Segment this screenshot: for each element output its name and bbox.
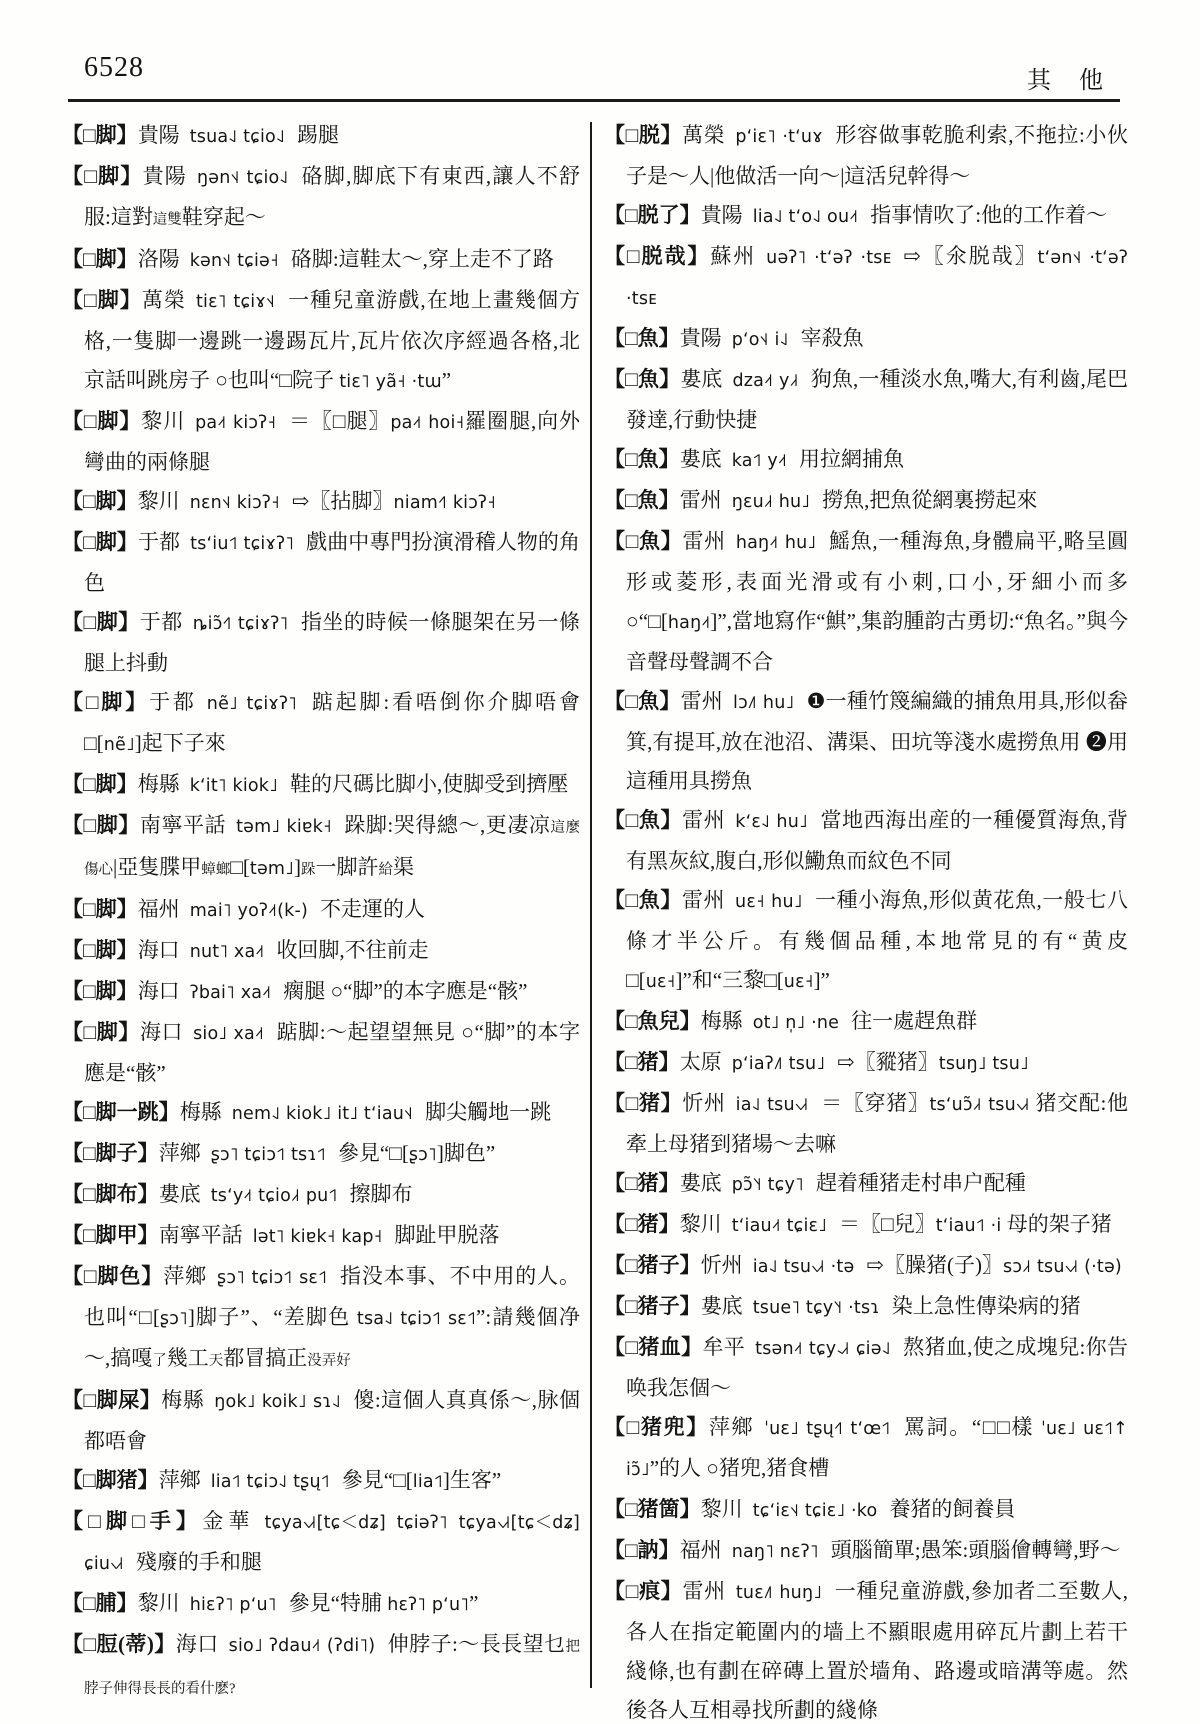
entry-small-gloss: 天 [209, 1353, 224, 1369]
entry-place-label: 黎川 [701, 1497, 743, 1521]
entry-headword: 【□脚猪】 [62, 1468, 159, 1492]
dictionary-entry: 【□脚】海口ʔbai˥ xa˨˦瘸腿 ○“脚”的本字應是“骸” [62, 972, 580, 1013]
entry-pronunciation: tsua˨˩ tɕio˨˩ [190, 127, 285, 147]
entry-headword: 【□脰(蒂)】 [62, 1632, 176, 1656]
entry-definition-text: ]脚色” [437, 1141, 495, 1165]
entry-headword: 【□脚□手】 [62, 1509, 202, 1533]
entry-headword: 【□魚】 [604, 488, 680, 512]
entry-definition-text: 母的架子猪 [1001, 1212, 1111, 1236]
entry-place-label: 太原 [680, 1050, 722, 1074]
dictionary-entry: 【□魚】雷州haŋ˨˦ hu˩鰩魚,一種海魚,身體扁平,略呈圓形或菱形,表面光滑… [604, 522, 1128, 682]
entry-definition-text: 脚尖觸地一跳 [425, 1100, 551, 1124]
entry-headword: 【□脚色】 [62, 1264, 163, 1288]
entry-definition-text: 撈魚,把魚從網裏撈起來 [822, 488, 1037, 512]
inline-pronunciation: ʂɔ˥ [160, 1309, 188, 1329]
entry-pronunciation: haŋ˨˦ hu˩ [736, 533, 816, 553]
entry-place-label: 萍鄉 [159, 1468, 201, 1492]
entry-definition-text: □[ [230, 855, 250, 879]
entry-place-label: 雷州 [682, 888, 725, 912]
entry-headword: 【□脚】 [62, 123, 138, 147]
entry-definition-text: 幾工 [167, 1346, 209, 1370]
entry-pronunciation: tʻiau˨˦ tɕiɛ˩ [732, 1216, 827, 1236]
inline-pronunciation: tʻiau˦˥ ·i [936, 1216, 1002, 1236]
entry-headword: 【□猪】 [604, 1050, 680, 1074]
dictionary-entry: 【□魚】雷州lɔ˩˥ hu˩❶一種竹篾編織的捕魚用具,形似畚箕,有提耳,放在池沼… [604, 682, 1128, 801]
entry-definition-text: |亞隻䐑甲 [113, 855, 201, 879]
entry-definition-text: 參見“□[ [338, 1141, 409, 1165]
dictionary-entry: 【□脚猪】萍鄉lia˦˥ tɕiɔ˨˩ tʂų˦˥參見“□[lia˦˥]生客” [62, 1461, 580, 1502]
dictionary-entry: 【□脚】貴陽tsua˨˩ tɕio˨˩踢腿 [62, 116, 580, 157]
entry-definition-text: ⇨〖豵猪〗 [837, 1050, 939, 1074]
entry-headword: 【□脚】 [62, 979, 138, 1003]
entry-headword: 【□魚兒】 [604, 1009, 701, 1033]
entry-place-label: 于都 [140, 610, 183, 634]
entry-place-label: 貴陽 [680, 326, 722, 350]
dictionary-entry: 【□猪血】牟平tsən˨˦ tɕy˨˩˧ ɕiə˨˩熬猪血,使之成塊兒:你告唤我… [604, 1328, 1128, 1408]
entry-pronunciation: kən˦˨ tɕiə˧ [190, 251, 279, 271]
entry-definition-text: ＝〖□腿〗 [288, 409, 390, 433]
entry-definition-text: ＝〖穿猪〗 [821, 1091, 930, 1115]
entry-definition-text: 參見“特脯 [289, 1591, 388, 1615]
entry-pronunciation: sio˩ ʔdau˨˦ (ʔdi˥) [229, 1636, 376, 1656]
column-divider-rule [590, 122, 592, 1688]
entry-place-label: 婁底 [680, 1171, 722, 1195]
inline-pronunciation: hɛʔ˥ pʻu˥ [387, 1595, 469, 1615]
entry-place-label: 雷州 [682, 529, 725, 553]
entry-headword: 【□脚】 [62, 247, 138, 271]
entry-pronunciation: ȵiɔ̃˧˥ tɕiɤʔ˥ [193, 614, 289, 634]
entry-place-label: 萬榮 [142, 288, 186, 312]
entry-pronunciation: ʂɔ˥ tɕiɔ˦˥ tsɿ˦˥ [211, 1145, 326, 1165]
section-title: 其 他 [1027, 60, 1105, 95]
entry-definition-text: 擦脚布 [349, 1182, 412, 1206]
entry-place-label: 牟平 [702, 1335, 745, 1359]
dictionary-entry: 【□脯】黎川hiɛʔ˥ pʻu˥參見“特脯 hɛʔ˥ pʻu˥” [62, 1584, 580, 1625]
dictionary-entry: 【□猪】太原pʻiaʔ˩˥ tsu˩⇨〖豵猪〗tsuŋ˩ tsu˩ [604, 1043, 1128, 1084]
dictionary-entry: 【□脚□手】金華tɕya˧˩˧[tɕ＜dʑ] tɕiəʔ˥ tɕya˧˩˧[tɕ… [62, 1502, 580, 1584]
entry-definition-text: 鞋的尺碼比脚小,使脚受到擠壓 [290, 772, 568, 796]
entry-headword: 【□脱哉】 [604, 244, 710, 268]
inline-pronunciation: pa˨˦ hoi˧ [390, 413, 464, 433]
entry-small-gloss: 了 [152, 1353, 167, 1369]
entry-pronunciation: ka˦˥ y˨˦ [732, 451, 787, 471]
header-rule [68, 99, 1120, 102]
entry-headword: 【□猪兜】 [604, 1415, 709, 1439]
entry-pronunciation: mai˥ yoʔ˨˦(k-) [190, 901, 308, 921]
entry-definition-text: ]”和“三黎□[ [675, 968, 783, 992]
entry-place-label: 雷州 [682, 1579, 725, 1603]
entry-definition-text: 不走運的人 [320, 897, 425, 921]
entry-small-gloss: 這雙 [153, 212, 182, 228]
entry-definition-text: ]脚子”、“差脚色 [188, 1305, 357, 1329]
entry-small-gloss: 給 [379, 862, 394, 878]
dictionary-entry: 【□脚一跳】梅縣nem˨˩ kiok˩ it˩ tʻiau˦˨脚尖觸地一跳 [62, 1093, 580, 1134]
dictionary-entry: 【□猪子】婁底tsue˥ tɕy˥˧ ·tsɿ染上急性傳染病的猪 [604, 1287, 1128, 1328]
dictionary-entry: 【□脱】萬榮pʻiɛ˥ ·tʻuɤ形容做事乾脆利索,不拖拉:小伙子是～人|他做活… [604, 116, 1128, 196]
inline-pronunciation: uɛ˧ [646, 972, 676, 992]
entry-definition-text: 收回脚,不往前走 [276, 938, 428, 962]
entry-definition-text: 染上急性傳染病的猪 [892, 1294, 1081, 1318]
entry-pronunciation: ŋɛu˩˧ hu˩ [732, 492, 810, 512]
entry-definition-text: 跺脚:哭得總～,更凄凉 [344, 813, 551, 837]
entry-place-label: 南寧平話 [159, 1223, 243, 1247]
dictionary-entry: 【□脚】于都ȵiɔ̃˧˥ tɕiɤʔ˥指坐的時候一條腿架在另一條腿上抖動 [62, 603, 580, 683]
entry-definition-text: ]” [814, 968, 830, 992]
entry-definition-text: 參見“□[ [342, 1468, 413, 1492]
entry-definition-text: 渠 [393, 855, 414, 879]
dictionary-entry: 【□魚】婁底dza˨˦ y˩˧狗魚,一種淡水魚,嘴大,有利齒,尾巴發達,行動快捷 [604, 360, 1128, 440]
entry-pronunciation: ŋok˩ koik˩ sɿ˨˩ [214, 1392, 341, 1412]
entry-place-label: 福州 [138, 897, 180, 921]
left-column: 【□脚】貴陽tsua˨˩ tɕio˨˩踢腿【□脚】貴陽ŋən˦˨ tɕio˨˩硌… [62, 116, 580, 1709]
dictionary-entry: 【□魚】雷州kʻɛ˨˩ hu˩當地西海出産的一種優質海魚,背有黑灰紋,腹白,形似… [604, 801, 1128, 881]
entry-definition-text: 用拉網捕魚 [799, 447, 904, 471]
entry-headword: 【□脚】 [62, 288, 142, 312]
entry-headword: 【□脯】 [62, 1591, 138, 1615]
entry-place-label: 雷州 [682, 808, 725, 832]
entry-place-label: 梅縣 [180, 1100, 222, 1124]
inline-pronunciation: sɔ˩˧ tsu˧˩˧ (·tə) [1003, 1257, 1122, 1277]
entry-headword: 【□脚】 [62, 897, 138, 921]
entry-place-label: 萬榮 [682, 123, 725, 147]
entry-place-label: 梅縣 [138, 772, 180, 796]
entry-pronunciation: pa˨˦ kiɔʔ˧ [195, 413, 276, 433]
entry-headword: 【□脚】 [62, 489, 138, 513]
entry-definition-text: ⇨〖氽脱哉〗 [903, 244, 1037, 268]
dictionary-entry: 【□猪箇】黎川tɕʻiɛ˦˨ tɕiɛ˩ ·ko養猪的飼養員 [604, 1490, 1128, 1531]
entry-place-label: 南寧平話 [140, 813, 226, 837]
page-number: 6528 [84, 52, 144, 84]
entry-place-label: 忻州 [682, 1091, 725, 1115]
entry-place-label: 萍鄉 [159, 1141, 201, 1165]
entry-definition-text: 養猪的飼養員 [889, 1497, 1015, 1521]
inline-pronunciation: tiɛ˥ yã˧ ·tɯ [339, 372, 442, 392]
entry-definition-text: 伸脖子:～長長望乜 [387, 1632, 565, 1656]
entry-definition-text: 踢腿 [297, 123, 339, 147]
entry-pronunciation: uəʔ˥ ·tʻəʔ ·tsᴇ [766, 248, 891, 268]
entry-pronunciation: pʻiɛ˥ ·tʻuɤ [735, 127, 823, 147]
entry-place-label: 于都 [138, 530, 180, 554]
dictionary-entry: 【□脚布】婁底tsʻy˨˦ tɕio˩˧ pu˦˥擦脚布 [62, 1175, 580, 1216]
entry-pronunciation: lia˨˩ tʻo˨˩ ou˨˦ [753, 207, 859, 227]
entry-headword: 【□魚】 [604, 367, 680, 391]
inline-pronunciation: ʂɔ˥ [409, 1145, 437, 1165]
dictionary-entry: 【□脚】海口nut˥ xa˨˦收回脚,不往前走 [62, 931, 580, 972]
dictionary-entry: 【□脚】黎川nɛn˦˨ kiɔʔ˧⇨〖拈脚〗niam˧˥ kiɔʔ˧ [62, 482, 580, 523]
entry-headword: 【□脚】 [62, 1020, 140, 1044]
entry-headword: 【□脚】 [62, 772, 138, 796]
dictionary-entry: 【□脚】于都tsʻiu˦˥ tɕiɤʔ˥戲曲中專門扮演滑稽人物的角色 [62, 523, 580, 603]
dictionary-entry: 【□脚】南寧平話təm˩ kiɐk˧跺脚:哭得總～,更凄凉這麼傷心|亞隻䐑甲蟑螂… [62, 806, 580, 890]
entry-headword: 【□魚】 [604, 529, 682, 553]
entry-place-label: 海口 [176, 1632, 219, 1656]
dictionary-entry: 【□脚】福州mai˥ yoʔ˨˦(k-)不走運的人 [62, 890, 580, 931]
entry-headword: 【□猪】 [604, 1212, 680, 1236]
entry-pronunciation: dza˨˦ y˩˧ [732, 371, 798, 391]
entry-pronunciation: tsʻiu˦˥ tɕiɤʔ˥ [190, 534, 294, 554]
entry-place-label: 黎川 [138, 1591, 180, 1615]
dictionary-entry: 【□魚】婁底ka˦˥ y˨˦用拉網捕魚 [604, 440, 1128, 481]
entry-headword: 【□脚】 [62, 690, 149, 714]
entry-definition-text: 頭腦簡單;愚笨:頭腦儈轉彎,野～ [831, 1538, 1121, 1562]
entry-small-gloss: 没弄好 [307, 1353, 351, 1369]
entry-pronunciation: ŋən˦˨ tɕio˨˩ [197, 168, 288, 188]
entry-definition-text: 宰殺魚 [801, 326, 864, 350]
entry-headword: 【□脚】 [62, 938, 138, 962]
entry-headword: 【□猪箇】 [604, 1497, 701, 1521]
entry-pronunciation: ʔbai˥ xa˨˦ [190, 983, 272, 1003]
entry-definition-text: ] [294, 855, 301, 879]
entry-definition-text: 往一處趕魚群 [851, 1009, 977, 1033]
entry-place-label: 海口 [138, 938, 180, 962]
dictionary-entry: 【□脱了】貴陽lia˨˩ tʻo˨˩ ou˨˦指事情吹了:他的工作着～ [604, 196, 1128, 237]
dictionary-entry: 【□魚】雷州uɛ˧ hu˩一種小海魚,形似黄花魚,一般七八條才半公斤。有幾個品種… [604, 881, 1128, 1002]
entry-definition-text: 瘸腿 ○“脚”的本字應是“骸” [283, 979, 527, 1003]
entry-definition-text: 趕着種猪走村串户配種 [816, 1171, 1026, 1195]
entry-pronunciation: hiɛʔ˥ pʻu˥ [190, 1595, 277, 1615]
dictionary-entry: 【□脱哉】蘇州uəʔ˥ ·tʻəʔ ·tsᴇ⇨〖氽脱哉〗tʻən˦˨ ·tʻəʔ… [604, 237, 1128, 319]
entry-definition-text: 指事情吹了:他的工作着～ [870, 203, 1107, 227]
entry-place-label: 婁底 [159, 1182, 201, 1206]
dictionary-entry: 【□猪】婁底pɔ̃˥˧ tɕy˥趕着種猪走村串户配種 [604, 1164, 1128, 1205]
entry-place-label: 雷州 [680, 488, 722, 512]
dictionary-entry: 【□魚】貴陽pʻo˦˨ i˨˩宰殺魚 [604, 319, 1128, 360]
entry-headword: 【□脱了】 [604, 203, 701, 227]
inline-pronunciation: tsa˨˩ tɕiɔ˦˥ sɛ˦˥ [357, 1309, 476, 1329]
entry-headword: 【□脱】 [604, 123, 682, 147]
entry-headword: 【□脚】 [62, 813, 140, 837]
entry-place-label: 海口 [140, 1020, 183, 1044]
entry-headword: 【□魚】 [604, 689, 681, 713]
entry-definition-text: ” [442, 368, 451, 392]
entry-small-gloss: 蟑螂 [201, 862, 230, 878]
dictionary-page: 6528 其 他 【□脚】貴陽tsua˨˩ tɕio˨˩踢腿【□脚】貴陽ŋən˦… [0, 0, 1200, 1724]
entry-pronunciation: pʻo˦˨ i˨˩ [732, 330, 789, 350]
entry-place-label: 貴陽 [143, 164, 187, 188]
inline-pronunciation: uɛ˧ [784, 972, 814, 992]
entry-headword: 【□脚子】 [62, 1141, 159, 1165]
entry-place-label: 黎川 [680, 1212, 722, 1236]
entry-place-label: 貴陽 [138, 123, 180, 147]
entry-pronunciation: nɛn˦˨ kiɔʔ˧ [190, 493, 280, 513]
dictionary-entry: 【□脚】黎川pa˨˦ kiɔʔ˧＝〖□腿〗pa˨˦ hoi˧羅圈腿,向外彎曲的兩… [62, 402, 580, 482]
dictionary-entry: 【□脰(蒂)】海口sio˩ ʔdau˨˦ (ʔdi˥)伸脖子:～長長望乜把脖子伸… [62, 1625, 580, 1709]
entry-headword: 【□訥】 [604, 1538, 680, 1562]
entry-definition-text: 殘廢的手和腿 [136, 1550, 262, 1574]
dictionary-entry: 【□脚】貴陽ŋən˦˨ tɕio˨˩硌脚,脚底下有東西,讓人不舒服:這對這雙鞋穿… [62, 157, 580, 240]
inline-pronunciation: lia˦˥ [413, 1472, 443, 1492]
entry-definition-text: 一脚許 [316, 855, 379, 879]
entry-place-label: 蘇州 [710, 244, 756, 268]
entry-headword: 【□魚】 [604, 447, 680, 471]
entry-place-label: 洛陽 [138, 247, 180, 271]
dictionary-entry: 【□脚】海口sio˩ xa˨˦踮脚:～起望望無見 ○“脚”的本字應是“骸” [62, 1013, 580, 1093]
entry-place-label: 萍鄉 [709, 1415, 754, 1439]
entry-place-label: 黎川 [138, 489, 180, 513]
entry-definition-text: 罵詞。“□□樣 [902, 1415, 1041, 1439]
entry-headword: 【□脚布】 [62, 1182, 159, 1206]
entry-pronunciation: nem˨˩ kiok˩ it˩ tʻiau˦˨ [232, 1104, 413, 1124]
dictionary-entry: 【□魚兒】梅縣ot˩ n̩˩ ·ne往一處趕魚群 [604, 1002, 1128, 1043]
entry-place-label: 梅縣 [701, 1009, 743, 1033]
entry-place-label: 福州 [680, 1538, 722, 1562]
inline-pronunciation: təm˩ [250, 859, 294, 879]
entry-definition-text: ”的人 ○猪兜,猪食槽 [650, 1456, 830, 1480]
dictionary-entry: 【□脚甲】南寧平話lət˥ kiɐk˧ kap˧脚趾甲脱落 [62, 1216, 580, 1257]
entry-headword: 【□魚】 [604, 888, 682, 912]
entry-headword: 【□猪子】 [604, 1294, 701, 1318]
dictionary-entry: 【□脚】梅縣kʻit˥ kiok˩鞋的尺碼比脚小,使脚受到擠壓 [62, 765, 580, 806]
entry-place-label: 婁底 [680, 447, 722, 471]
entry-pronunciation: kʻit˥ kiok˩ [190, 776, 278, 796]
inline-pronunciation: tsʻuɔ̃˩˧ tsu˧˩˧ [930, 1095, 1030, 1115]
dictionary-entry: 【□猪】黎川tʻiau˨˦ tɕiɛ˩＝〖□兒〗tʻiau˦˥ ·i 母的架子猪 [604, 1205, 1128, 1246]
entry-pronunciation: təm˩ kiɐk˧ [236, 817, 332, 837]
dictionary-entry: 【□訥】福州naŋ˥ nɛʔ˥頭腦簡單;愚笨:頭腦儈轉彎,野～ [604, 1531, 1128, 1572]
entry-pronunciation: pɔ̃˥˧ tɕy˥ [732, 1175, 804, 1195]
entry-pronunciation: ia˨˩ tsu˧˩˧ [736, 1095, 809, 1115]
dictionary-entry: 【□痕】雷州tuɛ˩˥ huŋ˩一種兒童游戲,參加者二至數人,各人在指定範圍内的… [604, 1572, 1128, 1724]
entry-pronunciation: nẽ˩ tɕiɤʔ˥ [207, 694, 297, 714]
entry-place-label: 婁底 [680, 367, 722, 391]
right-column: 【□脱】萬榮pʻiɛ˥ ·tʻuɤ形容做事乾脆利索,不拖拉:小伙子是～人|他做活… [604, 116, 1128, 1724]
entry-pronunciation: ia˨˩ tsu˧˩˧ ·tə [753, 1257, 855, 1277]
entry-headword: 【□魚】 [604, 808, 682, 832]
entry-definition-text: ⇨〖臊猪(子)〗 [866, 1253, 1003, 1277]
entry-pronunciation: sio˩ xa˨˦ [193, 1024, 264, 1044]
entry-place-label: 梅縣 [161, 1388, 204, 1412]
entry-pronunciation: lɔ˩˥ hu˩ [733, 693, 794, 713]
entry-headword: 【□脚】 [62, 164, 143, 188]
entry-headword: 【□脚甲】 [62, 1223, 159, 1247]
inline-pronunciation: tsuŋ˩ tsu˩ [939, 1054, 1029, 1074]
entry-pronunciation: lia˦˥ tɕiɔ˨˩ tʂų˦˥ [211, 1472, 330, 1492]
entry-pronunciation: tuɛ˩˥ huŋ˩ [736, 1583, 822, 1603]
dictionary-entry: 【□脚色】萍鄉ʂɔ˥ tɕiɔ˦˥ sɛ˦˥指没本事、不中用的人。也叫“□[ʂɔ… [62, 1257, 580, 1381]
entry-pronunciation: nut˥ xa˨˦ [190, 942, 265, 962]
entry-headword: 【□猪血】 [604, 1335, 702, 1359]
entry-definition-text: 鞋穿起～ [182, 205, 266, 229]
entry-pronunciation: ˈuɛ˩ tʂų˧˥ tʻœ˦˥ [764, 1419, 890, 1439]
entry-headword: 【□脚】 [62, 610, 140, 634]
dictionary-entry: 【□脚屎】梅縣ŋok˩ koik˩ sɿ˨˩傻:這個人真真係～,脉個都唔會 [62, 1381, 580, 1461]
entry-headword: 【□猪子】 [604, 1253, 701, 1277]
entry-place-label: 金華 [202, 1509, 254, 1533]
entry-headword: 【□脚屎】 [62, 1388, 161, 1412]
entry-headword: 【□魚】 [604, 326, 680, 350]
entry-headword: 【□痕】 [604, 1579, 682, 1603]
entry-headword: 【□脚一跳】 [62, 1100, 180, 1124]
entry-headword: 【□脚】 [62, 530, 138, 554]
entry-headword: 【□猪】 [604, 1171, 680, 1195]
entry-place-label: 忻州 [701, 1253, 743, 1277]
entry-headword: 【□脚】 [62, 409, 141, 433]
dictionary-entry: 【□猪子】忻州ia˨˩ tsu˧˩˧ ·tə⇨〖臊猪(子)〗sɔ˩˧ tsu˧˩… [604, 1246, 1128, 1287]
dictionary-entry: 【□脚】萬榮tiɛ˥ tɕiɤ˦˨一種兒童游戲,在地上畫幾個方格,一隻脚一邊跳一… [62, 281, 580, 402]
inline-pronunciation: nẽ˩ [104, 735, 135, 755]
dictionary-entry: 【□脚】洛陽kən˦˨ tɕiə˧硌脚:這鞋太～,穿上走不了路 [62, 240, 580, 281]
entry-pronunciation: tɕʻiɛ˦˨ tɕiɛ˩ ·ko [753, 1501, 878, 1521]
dictionary-entry: 【□猪】忻州ia˨˩ tsu˧˩˧＝〖穿猪〗tsʻuɔ̃˩˧ tsu˧˩˧ 猪交… [604, 1084, 1128, 1164]
dictionary-entry: 【□猪兜】萍鄉ˈuɛ˩ tʂų˧˥ tʻœ˦˥罵詞。“□□樣 ˈuɛ˩ uɛ˦˥… [604, 1408, 1128, 1490]
entry-pronunciation: tsən˨˦ tɕy˨˩˧ ɕiə˨˩ [755, 1339, 891, 1359]
entry-pronunciation: tsue˥ tɕy˥˧ ·tsɿ [753, 1298, 880, 1318]
entry-definition-text: 脚趾甲脱落 [395, 1223, 500, 1247]
entry-place-label: 雷州 [681, 689, 723, 713]
entry-place-label: 萍鄉 [163, 1264, 207, 1288]
entry-pronunciation: pʻiaʔ˩˥ tsu˩ [732, 1054, 825, 1074]
dictionary-entry: 【□魚】雷州ŋɛu˩˧ hu˩撈魚,把魚從網裏撈起來 [604, 481, 1128, 522]
entry-definition-text: 硌脚:這鞋太～,穿上走不了路 [291, 247, 554, 271]
entry-pronunciation: naŋ˥ nɛʔ˥ [732, 1542, 819, 1562]
entry-definition-text: ]起下子來 [135, 731, 226, 755]
entry-place-label: 貴陽 [701, 203, 743, 227]
entry-definition-text: ＝〖□兒〗 [839, 1212, 936, 1236]
dictionary-entry: 【□脚】于都nẽ˩ tɕiɤʔ˥踮起脚:看唔倒你介脚唔會□[nẽ˩]起下子來 [62, 683, 580, 765]
inline-pronunciation: niam˧˥ kiɔʔ˧ [394, 493, 497, 513]
entry-definition-text: ” [469, 1591, 478, 1615]
dictionary-entry: 【□脚子】萍鄉ʂɔ˥ tɕiɔ˦˥ tsɿ˦˥參見“□[ʂɔ˥]脚色” [62, 1134, 580, 1175]
entry-place-label: 于都 [149, 690, 197, 714]
entry-headword: 【□猪】 [604, 1091, 682, 1115]
entry-definition-text: ⇨〖拈脚〗 [292, 489, 394, 513]
entry-definition-text: ]生客” [443, 1468, 501, 1492]
entry-definition-text: 都冒搞正 [223, 1346, 307, 1370]
entry-small-gloss: 跺 [301, 862, 316, 878]
entry-place-label: 海口 [138, 979, 180, 1003]
entry-pronunciation: kʻɛ˨˩ hu˩ [735, 812, 808, 832]
entry-pronunciation: tiɛ˥ tɕiɤ˦˨ [196, 292, 275, 312]
entry-pronunciation: uɛ˧ hu˩ [735, 892, 803, 912]
entry-pronunciation: ʂɔ˥ tɕiɔ˦˥ sɛ˦˥ [217, 1268, 327, 1288]
entry-pronunciation: tsʻy˨˦ tɕio˩˧ pu˦˥ [211, 1186, 338, 1206]
entry-pronunciation: lət˥ kiɐk˧ kap˧ [253, 1227, 383, 1247]
entry-place-label: 婁底 [701, 1294, 743, 1318]
inline-pronunciation: haŋ˨˦ [668, 613, 711, 633]
entry-place-label: 黎川 [141, 409, 185, 433]
entry-pronunciation: ot˩ n̩˩ ·ne [753, 1013, 839, 1033]
